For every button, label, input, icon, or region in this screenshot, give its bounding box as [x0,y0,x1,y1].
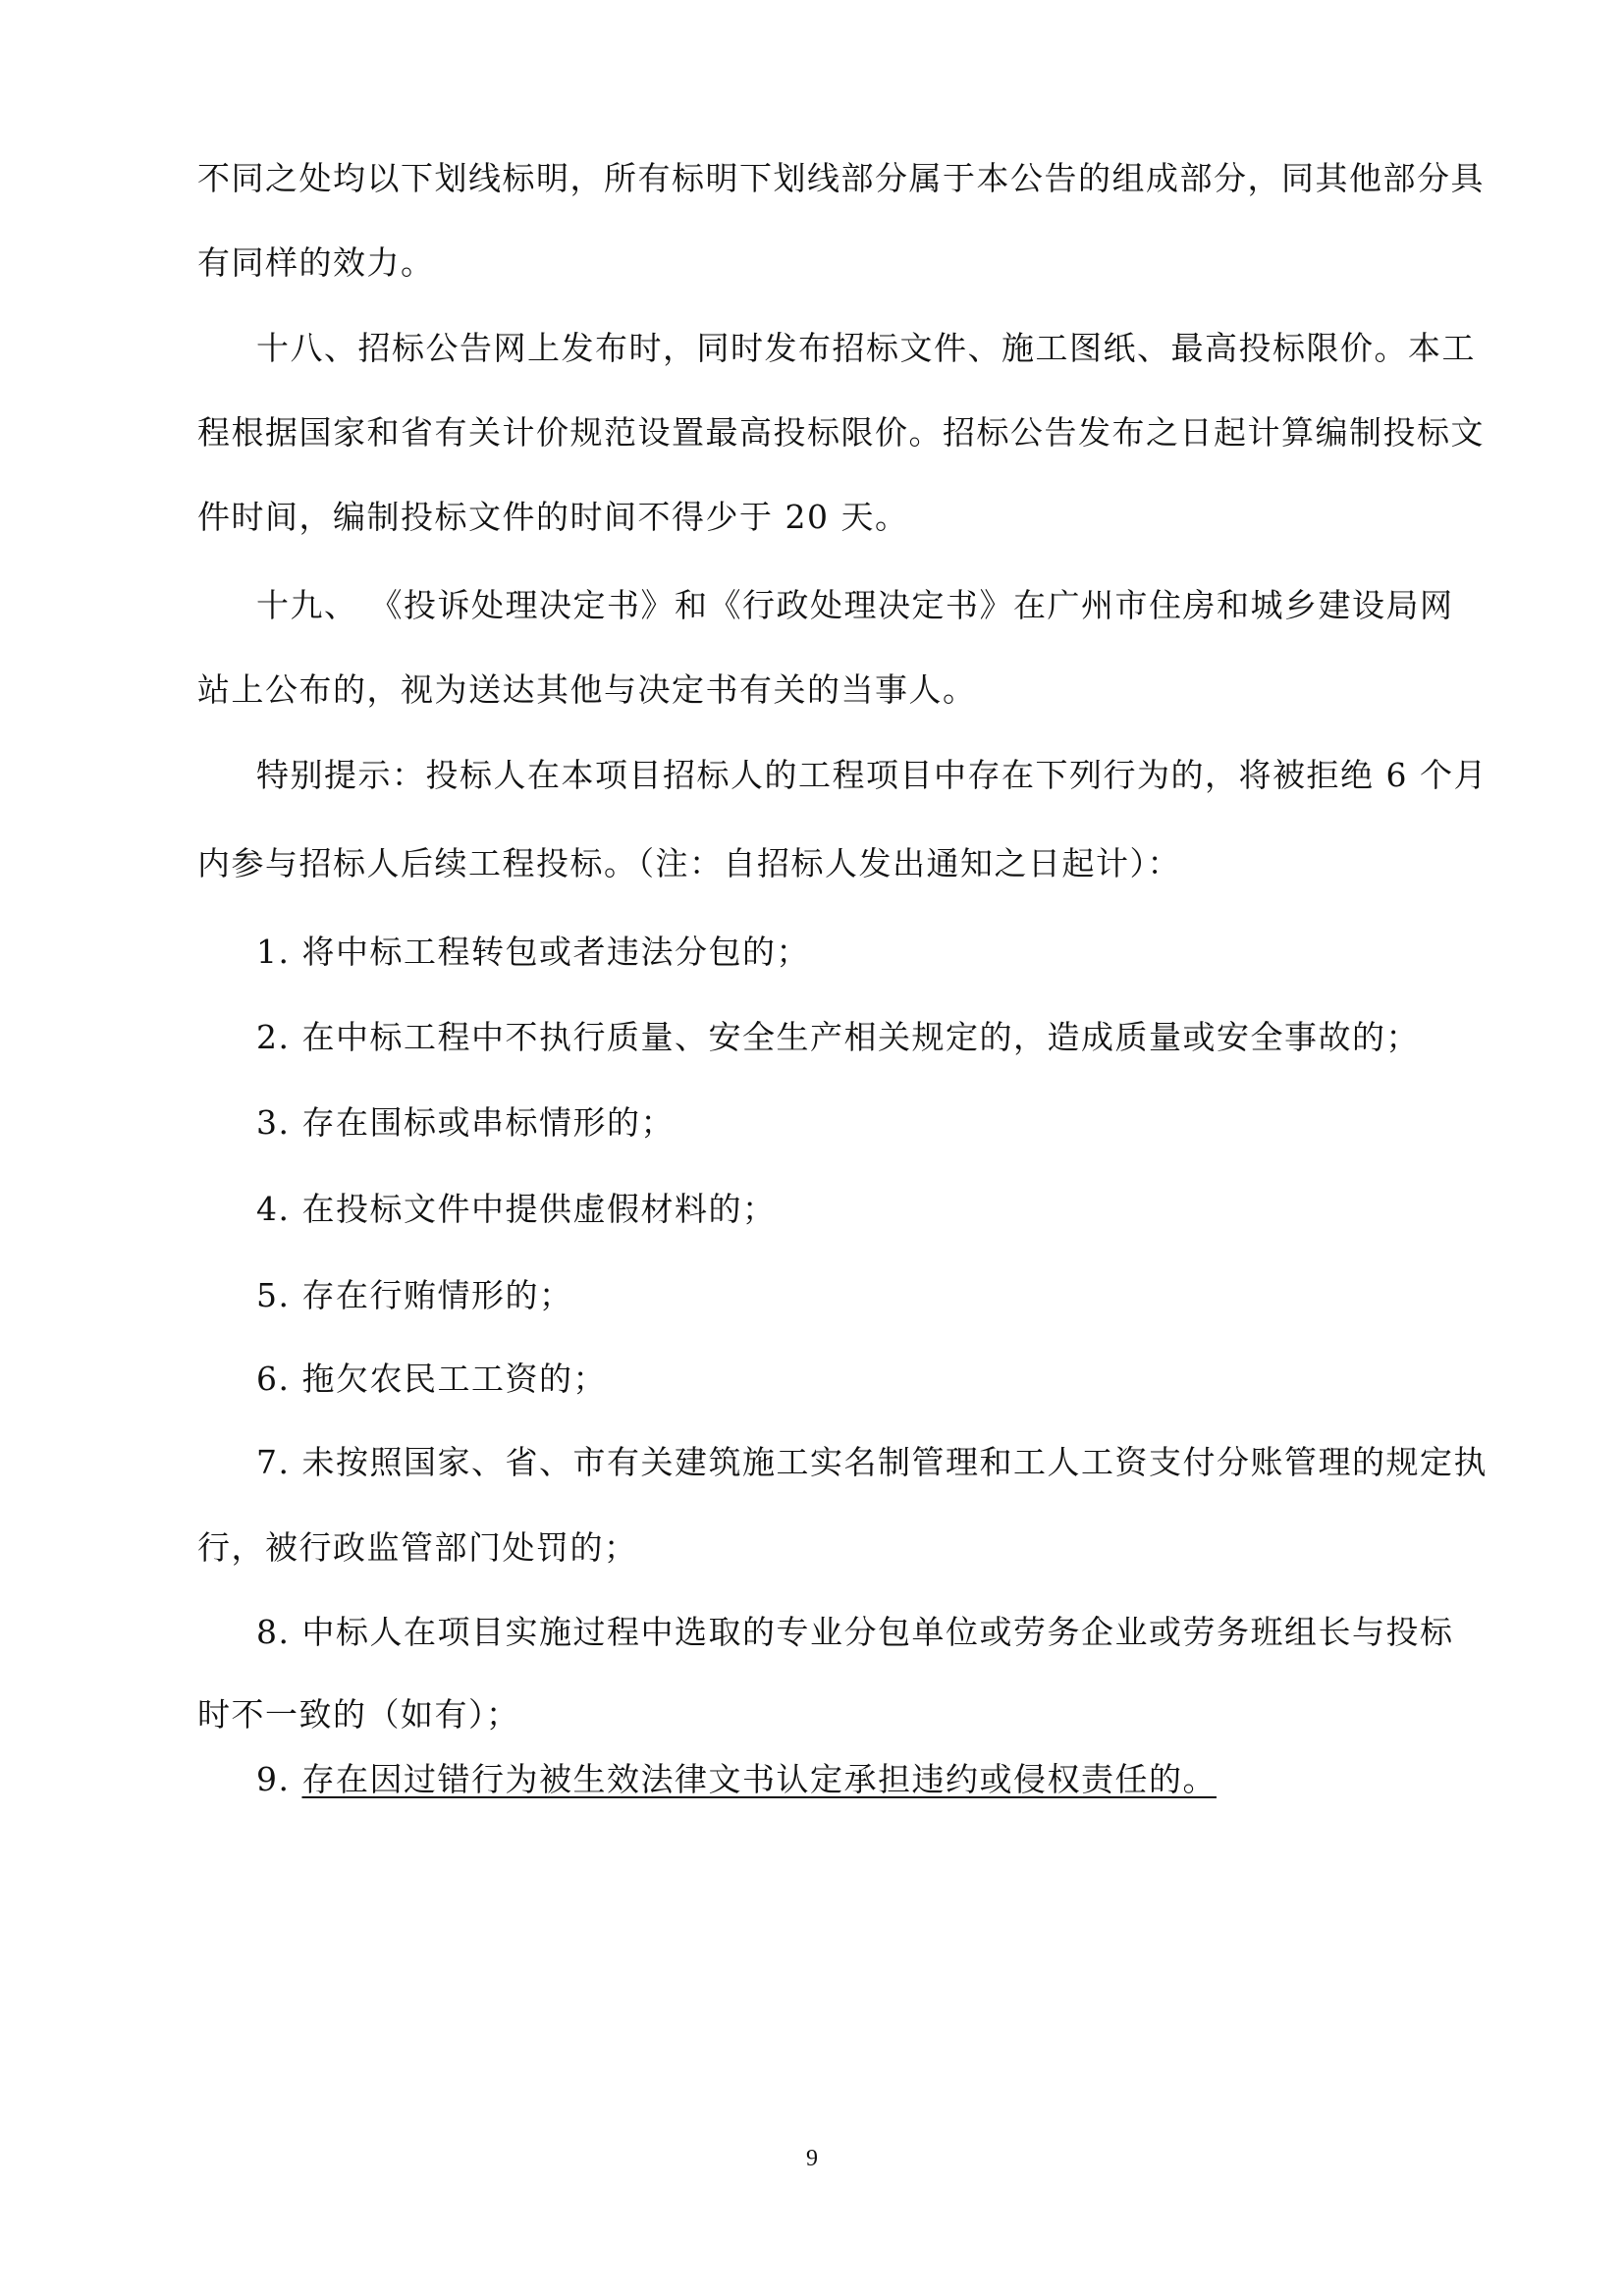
text-line: 5. 存在行贿情形的； [256,1276,1436,1315]
text-line: 有同样的效力。 [197,243,1436,283]
text-line: 站上公布的，视为送达其他与决定书有关的当事人。 [197,670,1436,710]
underlined-amendment-text: 存在因过错行为被生效法律文书认定承担违约或侵权责任的。 [301,1760,1217,1798]
text-line: 4. 在投标文件中提供虚假材料的； [256,1190,1436,1229]
text-line: 行，被行政监管部门处罚的； [197,1528,1436,1568]
text-line: 时不一致的（如有）； [197,1695,1436,1735]
list-item-9: 9. 存在因过错行为被生效法律文书认定承担违约或侵权责任的。 [256,1760,1436,1799]
list-item-number: 9. [256,1760,301,1798]
text-line: 1. 将中标工程转包或者违法分包的； [256,933,1436,972]
text-line: 不同之处均以下划线标明，所有标明下划线部分属于本公告的组成部分，同其他部分具 [197,159,1436,198]
text-line: 十九、 《投诉处理决定书》和《行政处理决定书》在广州市住房和城乡建设局网 [256,586,1436,625]
page-number: 9 [0,2146,1624,2172]
text-line: 7. 未按照国家、省、市有关建筑施工实名制管理和工人工资支付分账管理的规定执 [256,1443,1436,1482]
text-line: 特别提示：投标人在本项目招标人的工程项目中存在下列行为的，将被拒绝 6 个月 [256,756,1436,795]
text-line: 件时间，编制投标文件的时间不得少于 20 天。 [197,498,1436,537]
text-line: 2. 在中标工程中不执行质量、安全生产相关规定的，造成质量或安全事故的； [256,1018,1436,1057]
text-line: 3. 存在围标或串标情形的； [256,1103,1436,1143]
text-line: 6. 拖欠农民工工资的； [256,1360,1436,1399]
text-line: 8. 中标人在项目实施过程中选取的专业分包单位或劳务企业或劳务班组长与投标 [256,1613,1436,1652]
text-line: 内参与招标人后续工程投标。（注：自招标人发出通知之日起计）： [197,844,1436,883]
text-line: 程根据国家和省有关计价规范设置最高投标限价。招标公告发布之日起计算编制投标文 [197,413,1436,453]
text-line: 十八、招标公告网上发布时，同时发布招标文件、施工图纸、最高投标限价。本工 [256,329,1436,368]
